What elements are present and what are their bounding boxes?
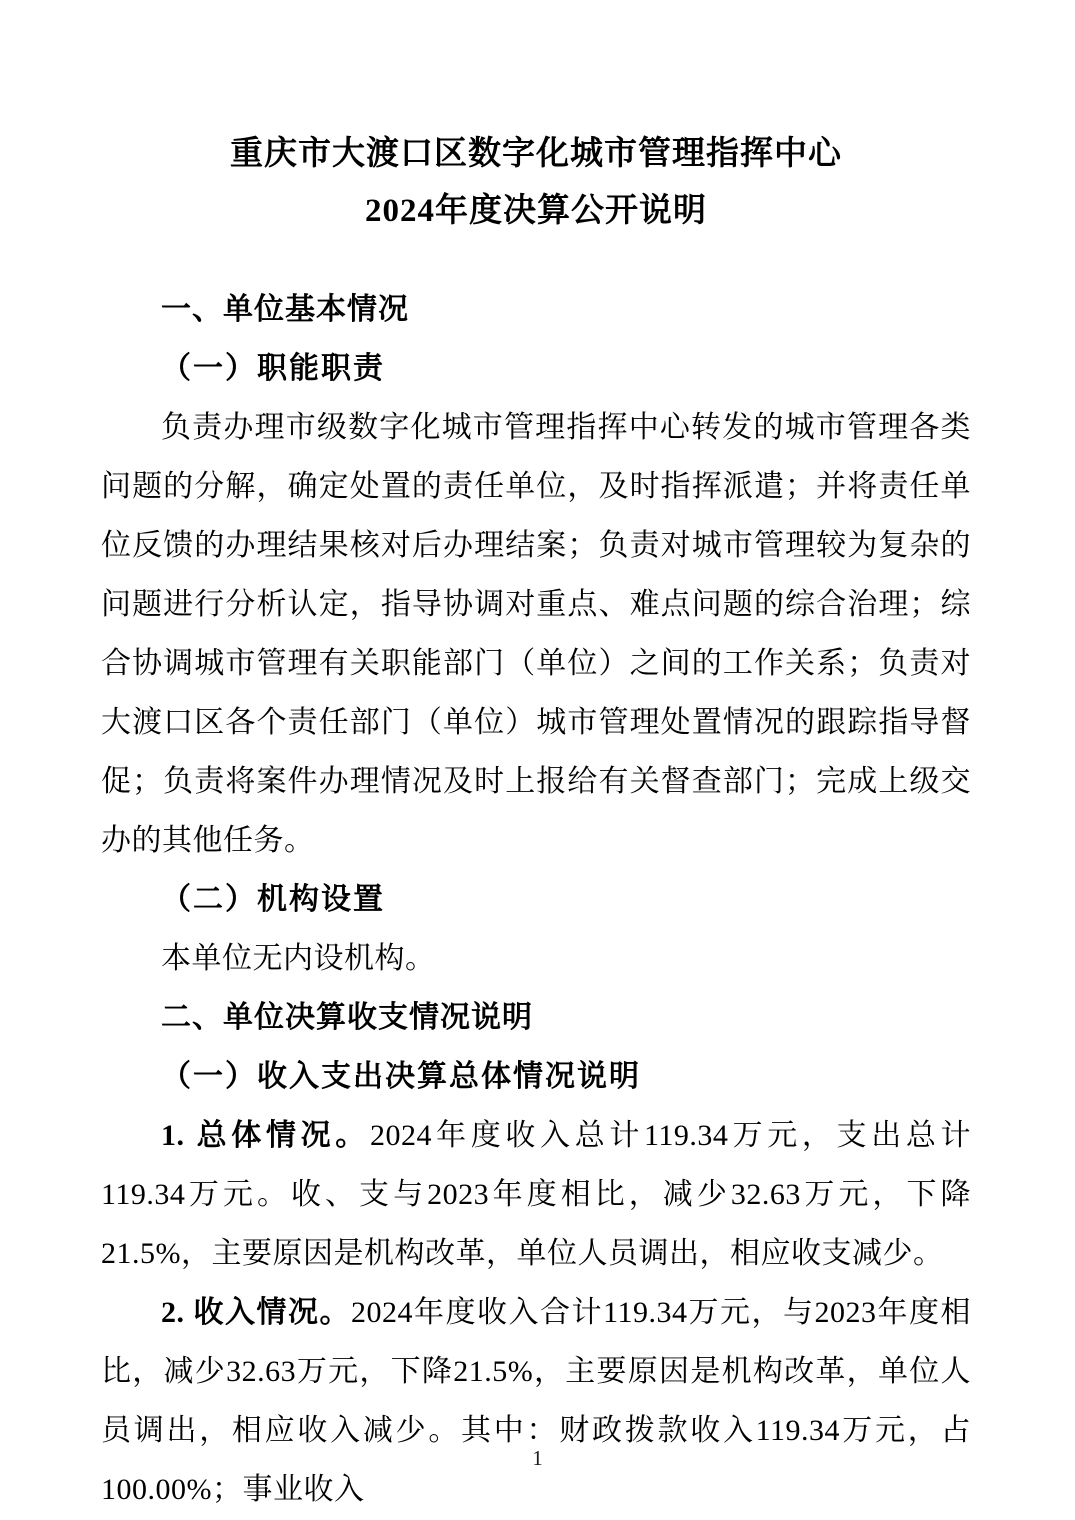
- page-number: 1: [532, 1446, 543, 1470]
- document-body: 一、单位基本情况 （一）职能职责 负责办理市级数字化城市管理指挥中心转发的城市管…: [101, 280, 971, 1519]
- paragraph-overall-situation: 1. 总体情况。2024年度收入总计119.34万元，支出总计119.34万元。…: [101, 1106, 971, 1283]
- page-footer: 1: [0, 1446, 1075, 1470]
- paragraph-duties: 负责办理市级数字化城市管理指挥中心转发的城市管理各类问题的分解，确定处置的责任单…: [101, 398, 971, 870]
- section-heading-budget-statement: 二、单位决算收支情况说明: [101, 988, 971, 1047]
- section-heading-basic-info: 一、单位基本情况: [101, 280, 971, 339]
- document-title-line-1: 重庆市大渡口区数字化城市管理指挥中心: [101, 126, 971, 183]
- paragraph-org-structure: 本单位无内设机构。: [101, 929, 971, 988]
- subsection-heading-org-structure: （二）机构设置: [101, 870, 971, 929]
- item-label-income: 2. 收入情况。: [161, 1296, 351, 1329]
- document-title-line-2: 2024年度决算公开说明: [101, 183, 971, 240]
- document-title: 重庆市大渡口区数字化城市管理指挥中心 2024年度决算公开说明: [101, 126, 971, 240]
- document-page: 重庆市大渡口区数字化城市管理指挥中心 2024年度决算公开说明 一、单位基本情况…: [0, 0, 1075, 1520]
- subsection-heading-duties: （一）职能职责: [101, 339, 971, 398]
- subsection-heading-overall-statement: （一）收入支出决算总体情况说明: [101, 1047, 971, 1106]
- paragraph-income-situation: 2. 收入情况。2024年度收入合计119.34万元，与2023年度相比，减少3…: [101, 1283, 971, 1519]
- item-label-overall: 1. 总体情况。: [161, 1119, 370, 1152]
